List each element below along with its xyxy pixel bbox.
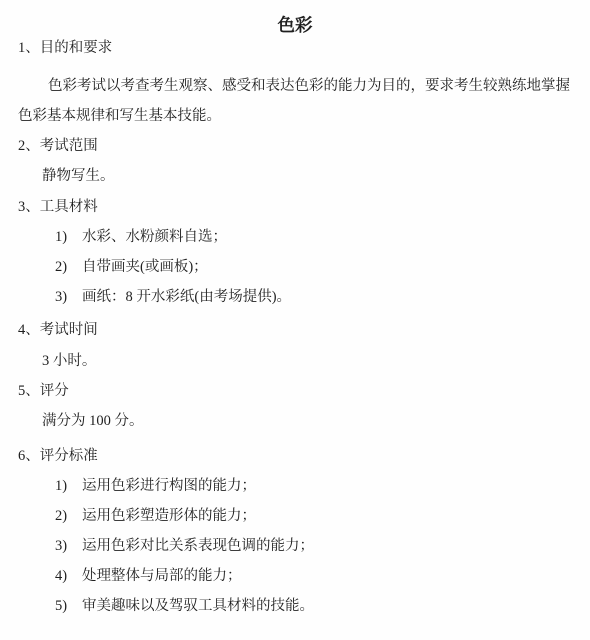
section-2-heading: 2、考试范围 xyxy=(18,131,98,161)
section-1-number: 1、 xyxy=(18,40,40,56)
section-6-item-2: 2)运用色彩塑造形体的能力； xyxy=(55,501,256,531)
section-1-heading-text: 目的和要求 xyxy=(40,40,113,56)
section-3-heading-text: 工具材料 xyxy=(40,199,98,215)
section-6-item-4-text: 处理整体与局部的能力； xyxy=(82,568,242,584)
section-3-heading: 3、工具材料 xyxy=(18,192,98,222)
section-6-item-5: 5)审美趣味以及驾驭工具材料的技能。 xyxy=(55,591,314,621)
section-3-item-3-text: 画纸：8 开水彩纸(由考场提供)。 xyxy=(82,289,291,305)
section-5-number: 5、 xyxy=(18,383,40,399)
section-2-body: 静物写生。 xyxy=(42,161,115,191)
section-2-number: 2、 xyxy=(18,138,40,154)
section-6-item-3: 3)运用色彩对比关系表现色调的能力； xyxy=(55,531,314,561)
section-6-item-2-text: 运用色彩塑造形体的能力； xyxy=(82,508,256,524)
section-3-item-3-number: 3) xyxy=(55,282,82,312)
section-6-item-5-number: 5) xyxy=(55,591,82,621)
section-6-item-4-number: 4) xyxy=(55,561,82,591)
section-6-item-2-number: 2) xyxy=(55,501,82,531)
section-3-item-1-text: 水彩、水粉颜料自选； xyxy=(82,229,227,245)
section-3-item-3: 3)画纸：8 开水彩纸(由考场提供)。 xyxy=(55,282,291,312)
section-1-paragraph-line-2: 色彩基本规律和写生基本技能。 xyxy=(18,101,221,131)
section-6-heading: 6、评分标准 xyxy=(18,441,98,471)
section-3-item-1: 1)水彩、水粉颜料自选； xyxy=(55,222,227,252)
section-4-heading-text: 考试时间 xyxy=(40,322,98,338)
section-3-item-2-text: 自带画夹(或画板)； xyxy=(82,259,208,275)
section-3-item-2: 2)自带画夹(或画板)； xyxy=(55,252,208,282)
section-3-item-2-number: 2) xyxy=(55,252,82,282)
section-1-paragraph-line-1: 色彩考试以考查考生观察、感受和表达色彩的能力为目的，要求考生较熟练地掌握 xyxy=(48,71,570,101)
section-4-heading: 4、考试时间 xyxy=(18,315,98,345)
section-6-item-5-text: 审美趣味以及驾驭工具材料的技能。 xyxy=(82,598,314,614)
section-3-item-1-number: 1) xyxy=(55,222,82,252)
section-6-number: 6、 xyxy=(18,448,40,464)
section-5-heading: 5、评分 xyxy=(18,376,69,406)
section-6-item-4: 4)处理整体与局部的能力； xyxy=(55,561,242,591)
section-6-item-1-text: 运用色彩进行构图的能力； xyxy=(82,478,256,494)
section-6-item-1-number: 1) xyxy=(55,471,82,501)
section-6-item-3-number: 3) xyxy=(55,531,82,561)
section-5-heading-text: 评分 xyxy=(40,383,69,399)
section-3-number: 3、 xyxy=(18,199,40,215)
section-5-body: 满分为 100 分。 xyxy=(42,406,144,436)
section-4-body: 3 小时。 xyxy=(42,346,96,376)
section-4-number: 4、 xyxy=(18,322,40,338)
document-page: 色彩 1、目的和要求 色彩考试以考查考生观察、感受和表达色彩的能力为目的，要求考… xyxy=(0,0,590,640)
section-1-heading: 1、目的和要求 xyxy=(18,33,112,63)
section-2-heading-text: 考试范围 xyxy=(40,138,98,154)
section-6-item-1: 1)运用色彩进行构图的能力； xyxy=(55,471,256,501)
section-6-heading-text: 评分标准 xyxy=(40,448,98,464)
section-6-item-3-text: 运用色彩对比关系表现色调的能力； xyxy=(82,538,314,554)
